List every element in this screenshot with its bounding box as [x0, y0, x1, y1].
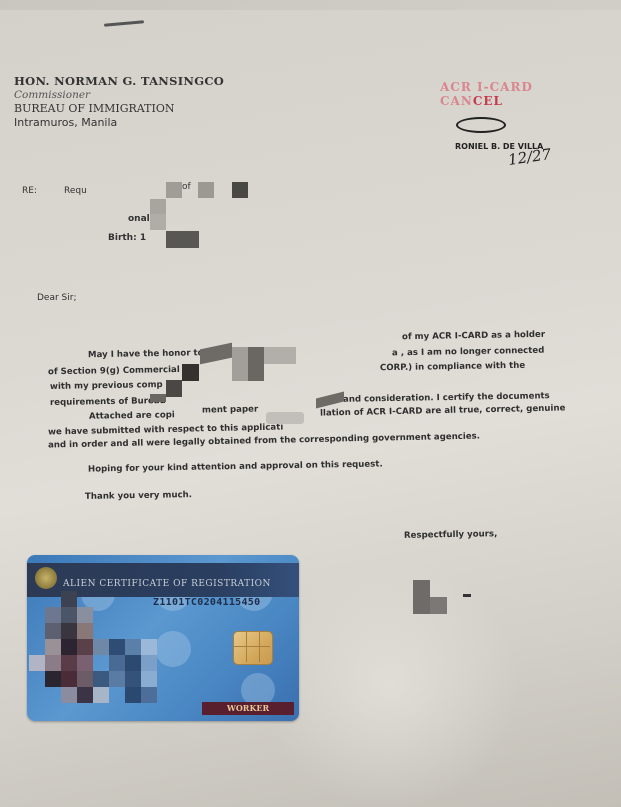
stamp-line-2: CANCEL [440, 94, 533, 108]
re-line-1b: of [182, 182, 191, 192]
re-label: RE: [22, 186, 37, 196]
card-title: ALIEN CERTIFICATE OF REGISTRATION [63, 579, 271, 589]
redaction-block [248, 347, 264, 381]
addressee-office: BUREAU OF IMMIGRATION [14, 102, 224, 115]
addressee-block: HON. NORMAN G. TANSINGCO Commissioner BU… [14, 74, 224, 129]
redaction-block [150, 394, 166, 402]
addressee-name: HON. NORMAN G. TANSINGCO [14, 74, 224, 88]
redaction-block [413, 580, 430, 614]
redaction-block [150, 199, 166, 215]
card-category: WORKER [202, 702, 294, 715]
redaction-block [150, 214, 166, 230]
redaction-block [266, 412, 304, 424]
re-line-3: Birth: 1 [108, 233, 146, 243]
bureau-seal-icon [35, 567, 57, 589]
redaction-block [264, 347, 296, 364]
stamp-line-1: ACR I-CARD [440, 80, 533, 94]
card-number: Z1101TC0204115450 [153, 597, 260, 608]
salutation: Dear Sir; [37, 293, 77, 303]
body-text: Attached are copi [89, 410, 175, 421]
signature-icon [456, 117, 506, 133]
body-text: Thank you very much. [85, 490, 192, 502]
body-text: ment paper [202, 405, 258, 416]
light-reflection [260, 560, 520, 807]
re-line-2: onal [128, 214, 150, 224]
addressee-location: Intramuros, Manila [14, 116, 224, 129]
body-text: with my previous comp [50, 380, 163, 392]
redaction-block [182, 364, 199, 381]
seal-watermark [155, 631, 191, 667]
chip-icon [233, 631, 273, 665]
re-line-1: Requ [64, 186, 87, 196]
pixelated-photo [61, 591, 77, 607]
redaction-block [166, 182, 182, 198]
redaction-block [430, 597, 447, 614]
redaction-block [232, 182, 248, 198]
acr-i-card: ALIEN CERTIFICATE OF REGISTRATION Z1101T… [27, 555, 299, 721]
addressee-title: Commissioner [14, 89, 224, 101]
cancel-stamp: ACR I-CARD CANCEL [440, 80, 533, 108]
redaction-block [198, 182, 214, 198]
signature-mark [463, 594, 471, 597]
redaction-block [232, 347, 248, 381]
closing: Respectfully yours, [404, 529, 497, 541]
redaction-block [166, 231, 199, 248]
redaction-block [166, 380, 182, 397]
body-text: requirements of Bureau [50, 396, 166, 408]
